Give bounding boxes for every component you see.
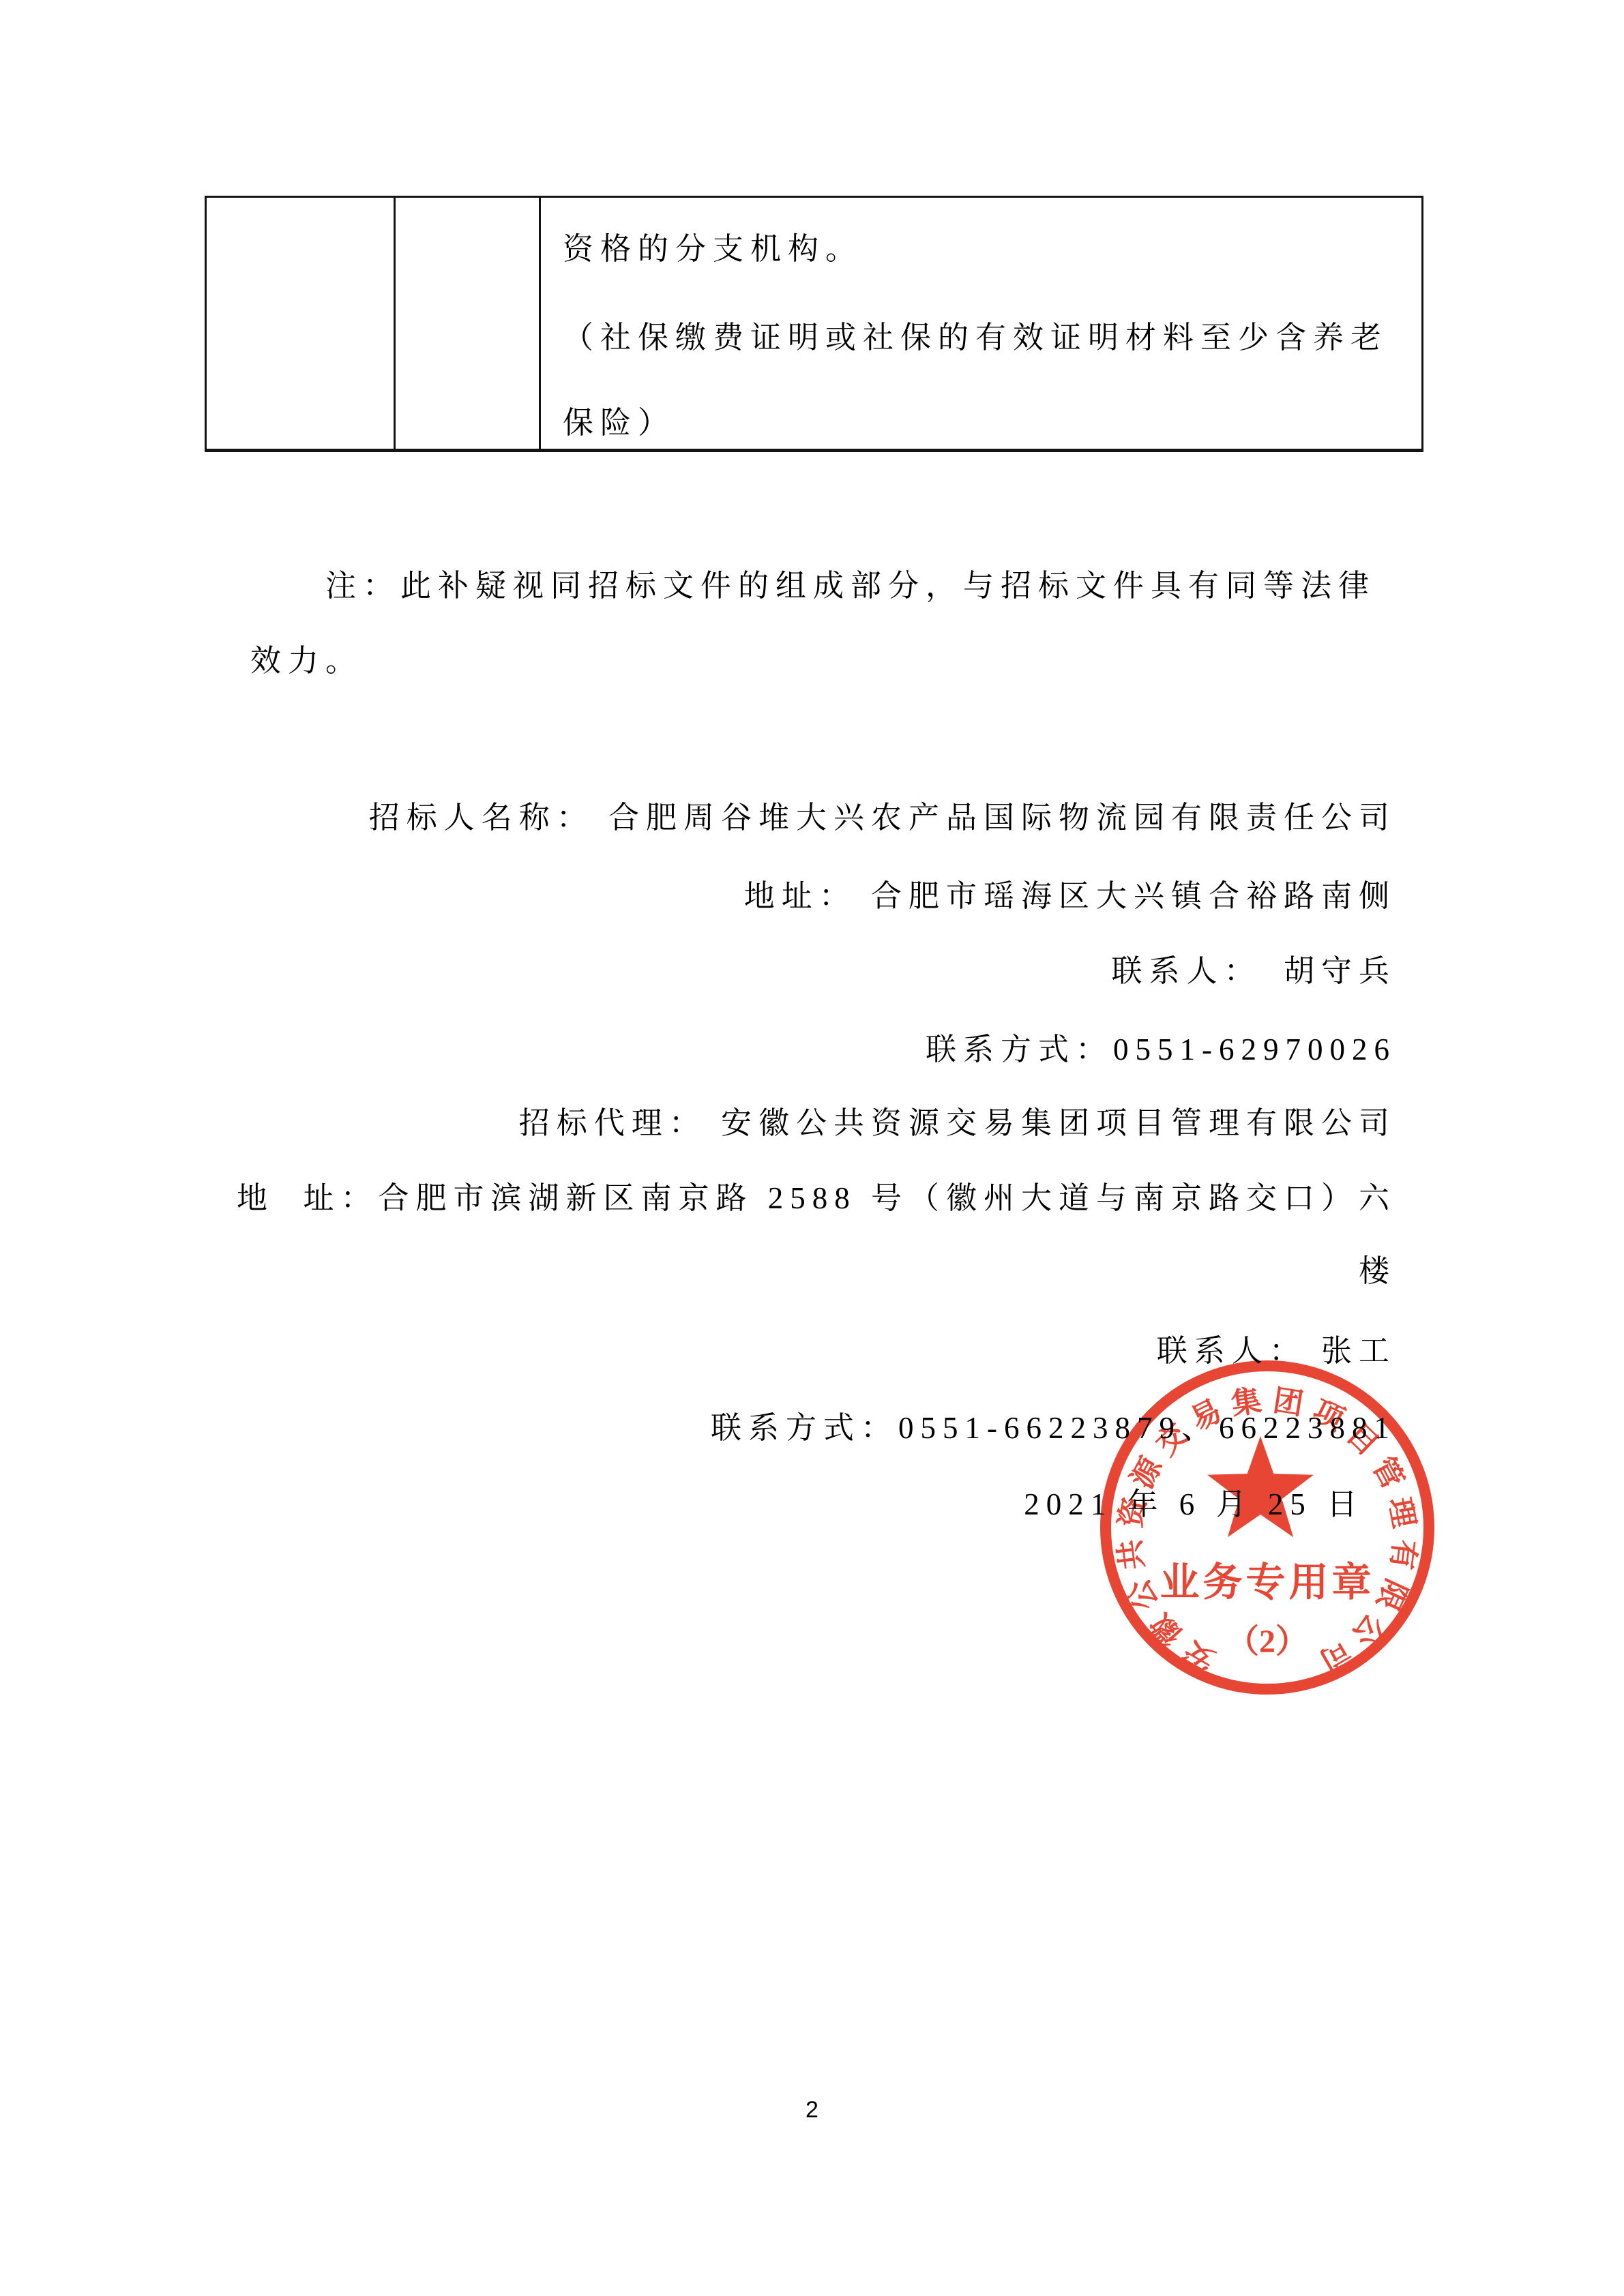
svg-text:有: 有	[1385, 1538, 1421, 1572]
seal-graphic: 安徽公共资源交易集团项目管理有限公司 业务专用章 （2）	[1090, 1350, 1445, 1705]
note-text: 注：此补疑视同招标文件的组成部分，与招标文件具有同等法律	[250, 561, 1478, 605]
svg-text:目: 目	[1340, 1417, 1385, 1462]
agency-address-line: 地 址：合肥市滨湖新区南京路 2588 号（徽州大道与南京路交口）六	[237, 1173, 1396, 1217]
table-column-divider	[394, 198, 396, 449]
tenderer-name-line: 招标人名称： 合肥周谷堆大兴农产品国际物流园有限责任公司	[369, 792, 1396, 837]
tenderer-phone-line: 联系方式：0551-62970026	[926, 1024, 1396, 1069]
svg-text:管: 管	[1366, 1452, 1410, 1494]
agency-address-line-cont: 楼	[1359, 1246, 1396, 1290]
company-seal-stamp: 安徽公共资源交易集团项目管理有限公司 业务专用章 （2）	[1090, 1350, 1445, 1705]
svg-text:易: 易	[1185, 1394, 1227, 1437]
table-cell-text: 保险）	[563, 398, 1408, 442]
page-number: 2	[0, 2097, 1624, 2123]
svg-text:集: 集	[1229, 1384, 1264, 1421]
svg-text:理: 理	[1383, 1495, 1421, 1530]
tenderer-address-line: 地址： 合肥市瑶海区大兴镇合裕路南侧	[744, 871, 1396, 915]
note-text: 效力。	[250, 636, 1403, 680]
document-page: 资格的分支机构。 （社保缴费证明或社保的有效证明材料至少含养老 保险） 注：此补…	[0, 0, 1624, 2296]
seal-star-icon	[1207, 1436, 1314, 1537]
seal-title-text: 业务专用章	[1160, 1560, 1374, 1605]
agency-name-line: 招标代理： 安徽公共资源交易集团项目管理有限公司	[519, 1098, 1396, 1142]
svg-text:交: 交	[1150, 1417, 1195, 1462]
svg-text:团: 团	[1271, 1384, 1305, 1421]
svg-text:资: 资	[1114, 1494, 1152, 1530]
table-cell-text: （社保缴费证明或社保的有效证明材料至少含养老	[563, 312, 1408, 357]
table-cell-text: 资格的分支机构。	[563, 224, 1408, 268]
table-fragment: 资格的分支机构。 （社保缴费证明或社保的有效证明材料至少含养老 保险）	[205, 196, 1423, 452]
seal-number-text: （2）	[1226, 1624, 1308, 1660]
table-column-divider	[539, 198, 541, 449]
svg-text:项: 项	[1308, 1394, 1350, 1437]
svg-text:源: 源	[1125, 1451, 1168, 1494]
svg-text:共: 共	[1113, 1538, 1150, 1572]
tenderer-contact-line: 联系人： 胡守兵	[1111, 946, 1396, 990]
